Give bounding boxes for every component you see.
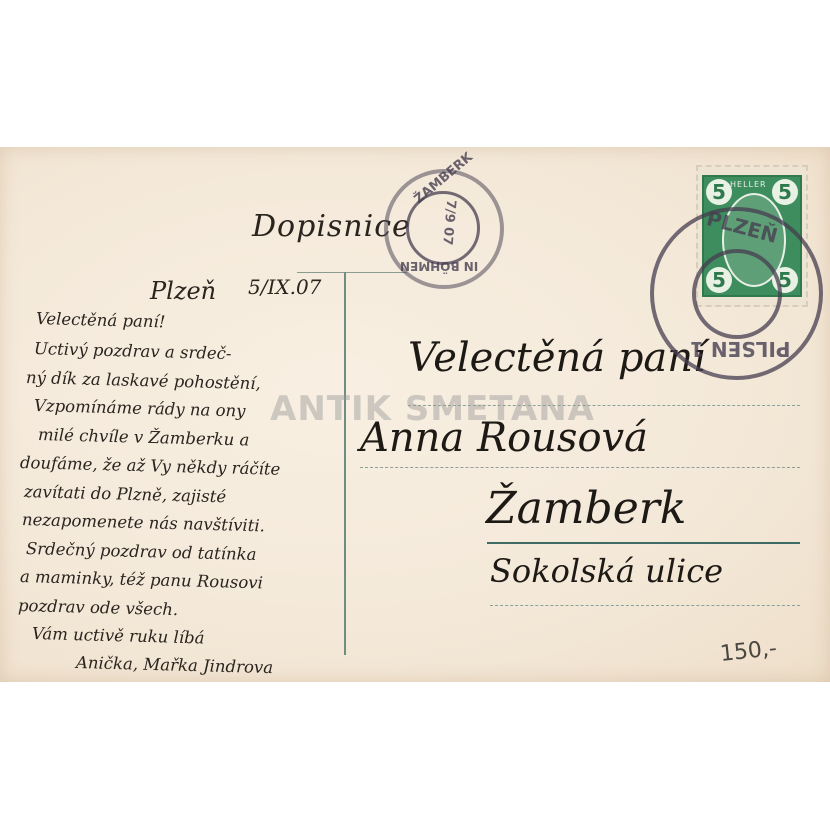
postmark-plzen: PLZEŇ PILSEN 1 (650, 207, 823, 380)
postcard: Dopisnice Plzeň 5/IX.07 Velectěná paní! … (0, 147, 830, 682)
message-salutation: Velectěná paní! (36, 309, 166, 331)
address-rule-2 (360, 467, 800, 468)
stamp-value-tl: 5 (706, 179, 732, 205)
message-date: 5/IX.07 (248, 275, 321, 299)
message-line: milé chvíle v Žamberku a (38, 425, 250, 450)
title-underline (297, 272, 407, 273)
message-line: Anička, Mařka Jindrova (76, 653, 274, 677)
address-line-4: Sokolská ulice (490, 552, 723, 590)
message-place: Plzeň (150, 277, 216, 305)
center-divider (344, 272, 346, 655)
pencil-price-note: 150,- (719, 636, 778, 667)
stamp-value-tr: 5 (772, 179, 798, 205)
address-rule-4 (490, 605, 800, 606)
message-line: Srdečný pozdrav od tatínka (26, 539, 257, 564)
watermark: ANTIK SMETANA (270, 389, 595, 429)
message-line: zavítati do Plzně, zajisté (24, 482, 227, 506)
message-line: doufáme, že až Vy někdy ráčíte (20, 453, 281, 479)
message-line: Uctivý pozdrav a srdeč- (34, 339, 232, 363)
address-rule-3 (487, 542, 800, 544)
message-line: Vzpomínáme rády na ony (34, 396, 246, 421)
message-line: Vám uctivě ruku líbá (32, 624, 205, 648)
postmark-zamberk: ŽAMBERK IN BÖHMEN 7/9 07 (384, 169, 504, 289)
message-line: pozdrav ode všech. (18, 596, 179, 619)
address-line-1: Velectěná paní (408, 335, 706, 381)
message-line: nezapomenete nás navštíviti. (22, 510, 265, 535)
message-line: a maminky, též panu Rousovi (20, 567, 263, 592)
message-line: ný dík za laskavé pohostění, (26, 368, 261, 393)
stamp-currency: HELLER (730, 180, 767, 189)
address-line-3: Žamberk (486, 483, 686, 534)
